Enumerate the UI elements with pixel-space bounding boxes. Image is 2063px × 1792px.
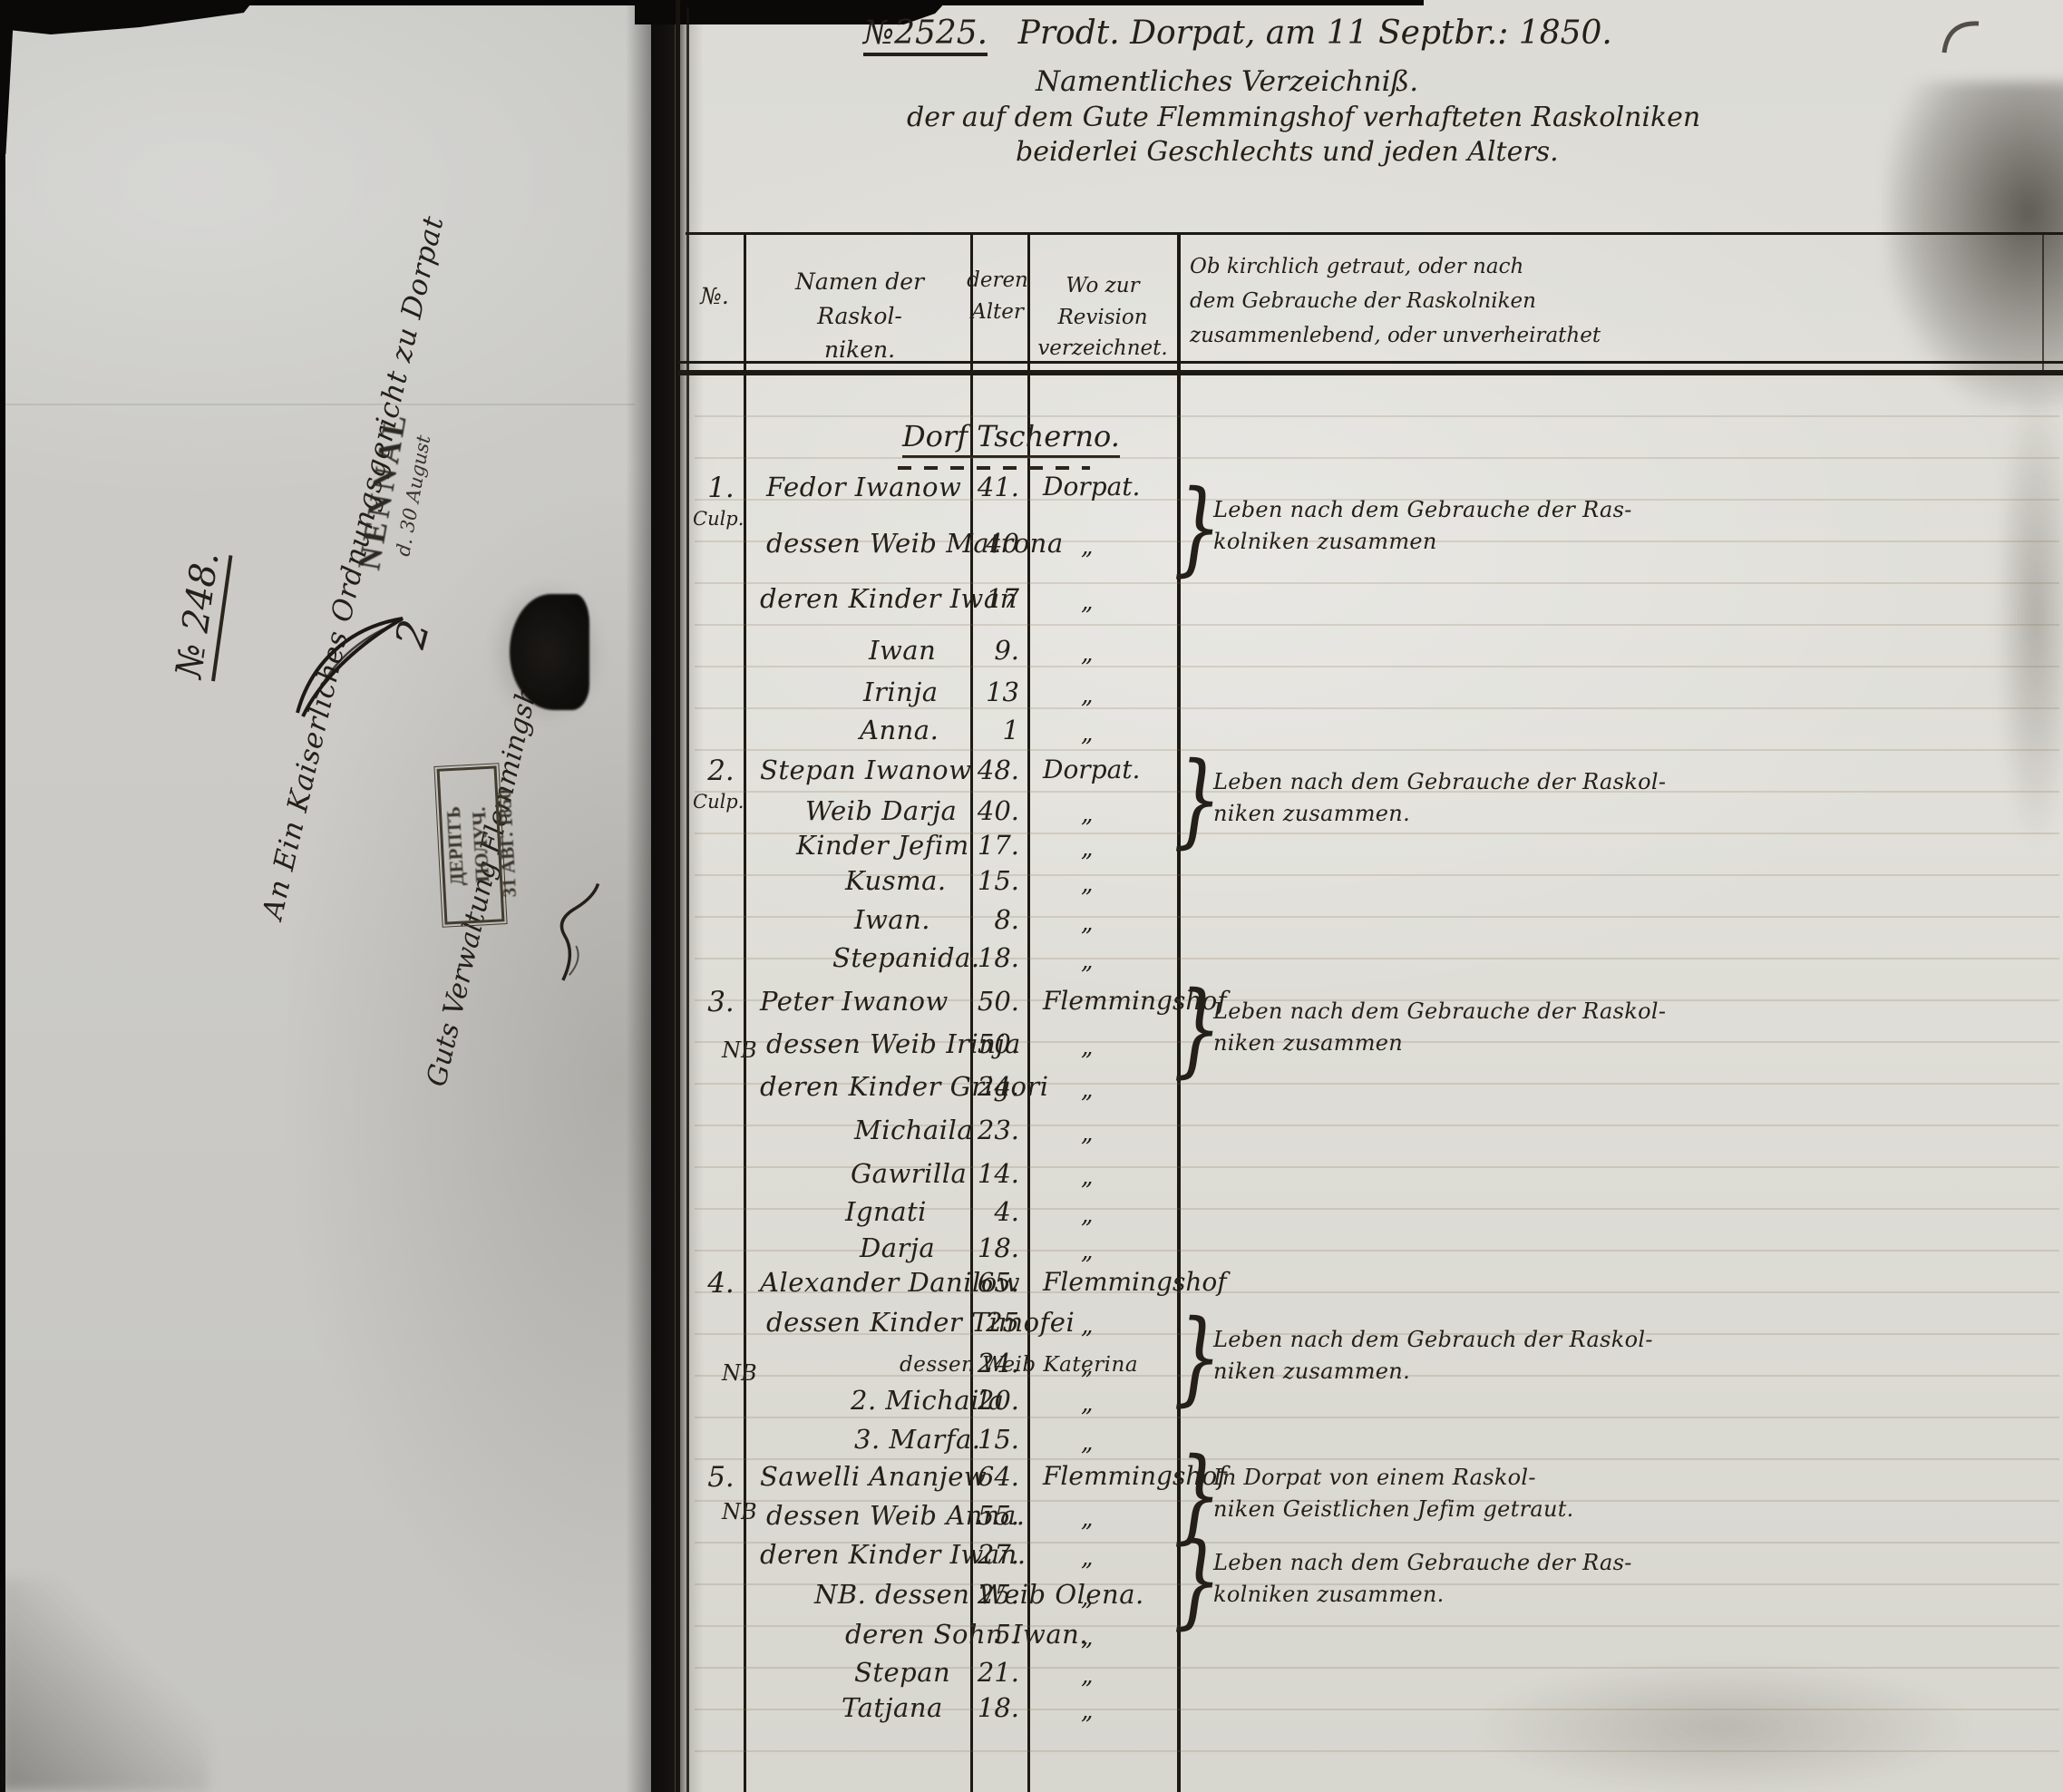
- row-age: 17: [963, 583, 1019, 614]
- document-number: №2525.: [863, 15, 988, 56]
- row-age: 20.: [963, 1385, 1019, 1416]
- row-name: Iwan.: [854, 904, 930, 935]
- row-name: Tatjana: [842, 1692, 943, 1723]
- section-heading-dashes: [898, 466, 1090, 470]
- row-name: Sawelli Ananjew: [760, 1461, 987, 1492]
- row-place-ditto: „: [1081, 1544, 1093, 1572]
- table-row: deren Kinder Grigori24.„: [0, 1071, 2063, 1115]
- row-name: Iwan: [869, 635, 936, 666]
- table-row: deren Sohn Iwan.5.„: [0, 1619, 2063, 1662]
- row-place-ditto: „: [1081, 801, 1093, 828]
- page-corner-mark: [1939, 15, 1982, 56]
- row-note: Culp.: [693, 508, 744, 530]
- table-right-border: [2042, 232, 2044, 375]
- row-place-ditto: „: [1081, 1202, 1093, 1229]
- table-row: Iwan.8.„: [0, 904, 2063, 948]
- table-row: 4.Alexander Danilow65.Flemmingshof: [0, 1267, 2063, 1310]
- section-heading-text: Dorf Tscherno.: [902, 419, 1120, 458]
- row-place-ditto: „: [1081, 1238, 1093, 1265]
- row-age: 27.: [963, 1539, 1019, 1570]
- table-row: Stepanida.18.„: [0, 942, 2063, 986]
- document-title-line3: der auf dem Gute Flemmingshof verhaftete…: [907, 102, 1700, 133]
- row-name: Kusma.: [845, 865, 947, 896]
- row-place: Dorpat.: [1043, 755, 1140, 784]
- column-header-revision: Wo zur Revision verzeichnet.: [1028, 270, 1177, 365]
- row-name: Kinder Jefim: [796, 830, 969, 861]
- row-age: 17.: [963, 830, 1019, 861]
- row-place-ditto: „: [1081, 1698, 1093, 1725]
- document-title-line1: №2525. Prodt. Dorpat, am 11 Septbr.: 185…: [863, 15, 1612, 52]
- row-age: 18.: [963, 1232, 1019, 1263]
- row-place-ditto: „: [1081, 1429, 1093, 1456]
- row-age: 25.: [963, 1579, 1019, 1610]
- row-age: 1: [963, 715, 1019, 745]
- table-row: deren Kinder Iwan17„: [0, 583, 2063, 627]
- row-place-ditto: „: [1081, 910, 1093, 937]
- column-header-no: №.: [687, 279, 742, 314]
- row-place-ditto: „: [1081, 1390, 1093, 1417]
- document-title-line4: beiderlei Geschlechts und jeden Alters.: [1016, 136, 1559, 168]
- row-age: 64.: [963, 1461, 1019, 1492]
- row-place: Flemmingshof: [1043, 1267, 1227, 1297]
- ink-stain-top-right: [1886, 82, 2063, 408]
- ruled-line: [695, 457, 2059, 459]
- row-place-ditto: „: [1081, 1312, 1093, 1339]
- row-nb-mark: NB: [722, 1037, 757, 1063]
- scan-edge-top-thin: [943, 0, 1424, 5]
- row-name: dessen Kinder Timofei: [766, 1307, 1075, 1338]
- crease-left-page: [0, 404, 635, 405]
- row-place-ditto: „: [1081, 1624, 1093, 1651]
- row-age: 23.: [963, 1115, 1019, 1145]
- column-header-names: Namen der Raskol- niken.: [751, 265, 968, 367]
- row-name: Stepan: [854, 1657, 950, 1688]
- row-age: 65.: [963, 1267, 1019, 1298]
- table-row: Michaila23.„: [0, 1115, 2063, 1158]
- row-place-ditto: „: [1081, 1164, 1093, 1191]
- row-name: Weib Darja: [805, 795, 957, 826]
- ruled-line: [695, 1750, 2059, 1752]
- row-place-ditto: „: [1081, 1353, 1093, 1380]
- row-name: Ignati: [845, 1196, 927, 1227]
- row-place-ditto: „: [1081, 682, 1093, 709]
- row-place-ditto: „: [1081, 640, 1093, 667]
- row-age: 14.: [963, 1158, 1019, 1189]
- row-name: Darja: [860, 1232, 935, 1263]
- row-place-ditto: „: [1081, 1662, 1093, 1690]
- row-age: 18.: [963, 942, 1019, 973]
- annotation-text: Leben nach dem Gebrauche der Ras- kolnik…: [1213, 494, 1794, 558]
- row-name: Anna.: [860, 715, 939, 745]
- row-name: Michaila: [854, 1115, 973, 1145]
- row-name: Irinja: [863, 677, 939, 707]
- annotation-text: Leben nach dem Gebrauche der Raskol- nik…: [1213, 766, 1794, 830]
- document-title-line2: Namentliches Verzeichniß.: [1036, 65, 1418, 98]
- row-name: Fedor Iwanow: [766, 472, 961, 502]
- scanned-archival-document: № 248. An Ein Kaiserliches Ordnungsgeric…: [0, 0, 2063, 1792]
- row-age: 4.: [963, 1196, 1019, 1227]
- table-header-separator-thick: [678, 370, 2063, 375]
- row-age: 13: [963, 677, 1019, 707]
- table-row: Gawrilla14.„: [0, 1158, 2063, 1202]
- row-place-ditto: „: [1081, 589, 1093, 616]
- row-age: 55.: [963, 1500, 1019, 1531]
- row-name: 3. Marfa.: [854, 1424, 980, 1455]
- row-name: Stepan Iwanow: [760, 755, 971, 785]
- row-age: 24.: [963, 1071, 1019, 1102]
- row-name: Gawrilla: [851, 1158, 967, 1189]
- column-header-age: deren Alter: [967, 265, 1028, 327]
- row-age: 21.: [963, 1657, 1019, 1688]
- row-place-ditto: „: [1081, 1076, 1093, 1104]
- table-row: Tatjana18.„: [0, 1692, 2063, 1736]
- row-name: Stepanida.: [832, 942, 980, 973]
- row-place-ditto: „: [1081, 533, 1093, 560]
- row-place: Dorpat.: [1043, 472, 1140, 502]
- row-nb-mark: NB: [722, 1360, 757, 1386]
- table-row: 2. Michaila20.„: [0, 1385, 2063, 1428]
- column-header-status: Ob kirchlich getraut, oder nach dem Gebr…: [1190, 250, 1770, 354]
- section-heading: Dorf Tscherno.: [902, 419, 1120, 453]
- table-row: Iwan9.„: [0, 635, 2063, 678]
- row-age: 18.: [963, 1692, 1019, 1723]
- row-age: 50.: [963, 986, 1019, 1017]
- row-age: 15.: [963, 1424, 1019, 1455]
- row-name: Peter Iwanow: [760, 986, 949, 1017]
- row-number: 1.: [696, 472, 745, 504]
- annotation-text: In Dorpat von einem Raskol- niken Geistl…: [1213, 1462, 1794, 1525]
- ruled-line: [695, 415, 2059, 417]
- row-age: 9.: [963, 635, 1019, 666]
- annotation-text: Leben nach dem Gebrauche der Raskol- nik…: [1213, 996, 1794, 1059]
- row-number: 5.: [696, 1461, 745, 1494]
- row-age: 40.: [963, 795, 1019, 826]
- table-row: Kusma.15.„: [0, 865, 2063, 909]
- row-place-ditto: „: [1081, 1034, 1093, 1061]
- row-place-ditto: „: [1081, 720, 1093, 747]
- row-age: 48.: [963, 755, 1019, 785]
- row-age: 24.: [963, 1348, 1019, 1378]
- row-number: 4.: [696, 1267, 745, 1300]
- row-number: 2.: [696, 755, 745, 787]
- row-place-ditto: „: [1081, 835, 1093, 862]
- row-place-ditto: „: [1081, 1584, 1093, 1612]
- document-title-rest: Prodt. Dorpat, am 11 Septbr.: 1850.: [1018, 15, 1612, 52]
- row-place-ditto: „: [1081, 1505, 1093, 1533]
- row-place-ditto: „: [1081, 871, 1093, 898]
- table-row: Anna.1„: [0, 715, 2063, 758]
- row-number: 3.: [696, 986, 745, 1018]
- row-age: 41.: [963, 472, 1019, 502]
- row-age: 5.: [963, 1619, 1019, 1650]
- row-age: 8.: [963, 904, 1019, 935]
- row-place-ditto: „: [1081, 948, 1093, 975]
- table-row: Irinja13„: [0, 677, 2063, 720]
- row-age: 50.: [963, 1028, 1019, 1059]
- row-age: 40: [963, 528, 1019, 559]
- row-age: 15.: [963, 865, 1019, 896]
- annotation-text: Leben nach dem Gebrauche der Ras- kolnik…: [1213, 1547, 1794, 1611]
- row-place-ditto: „: [1081, 1120, 1093, 1147]
- annotation-text: Leben nach dem Gebrauch der Raskol- nike…: [1213, 1324, 1794, 1388]
- row-age: 25: [963, 1307, 1019, 1338]
- table-top-border: [686, 232, 2063, 235]
